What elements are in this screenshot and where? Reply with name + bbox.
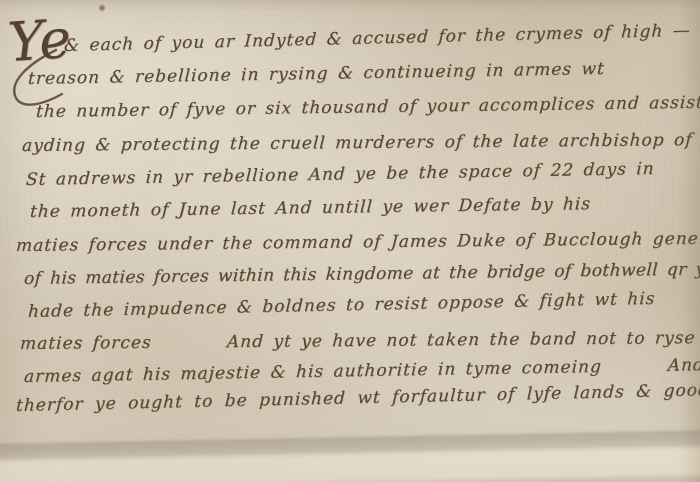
manuscript-line: St andrews in yr rebellione And ye be th… [25, 159, 655, 190]
manuscript-line: the moneth of June last And untill ye we… [29, 194, 591, 222]
manuscript-line: hade the impudence & boldnes to resist o… [28, 289, 656, 322]
manuscript-initial-ye: Ye [6, 12, 73, 70]
manuscript-line: the number of fyve or six thousand of yo… [35, 92, 700, 122]
paper-top-shading [0, 0, 700, 10]
manuscript-line: maties forces And yt ye have not taken t… [19, 328, 700, 354]
manuscript-line: maties forces under the command of James… [15, 228, 700, 256]
manuscript-line: & each of you ar Indyted & accused for t… [64, 21, 692, 56]
manuscript-line: ayding & protecting the cruell murderers… [21, 130, 693, 156]
manuscript-line: treason & rebellione in rysing & continu… [27, 59, 605, 89]
manuscript-line: of his maties forces within this kingdom… [23, 259, 700, 289]
manuscript-line: therfor ye ought to be punished wt forfa… [16, 380, 700, 416]
manuscript-page: Ye & each of you ar Indyted & accused fo… [0, 0, 700, 482]
